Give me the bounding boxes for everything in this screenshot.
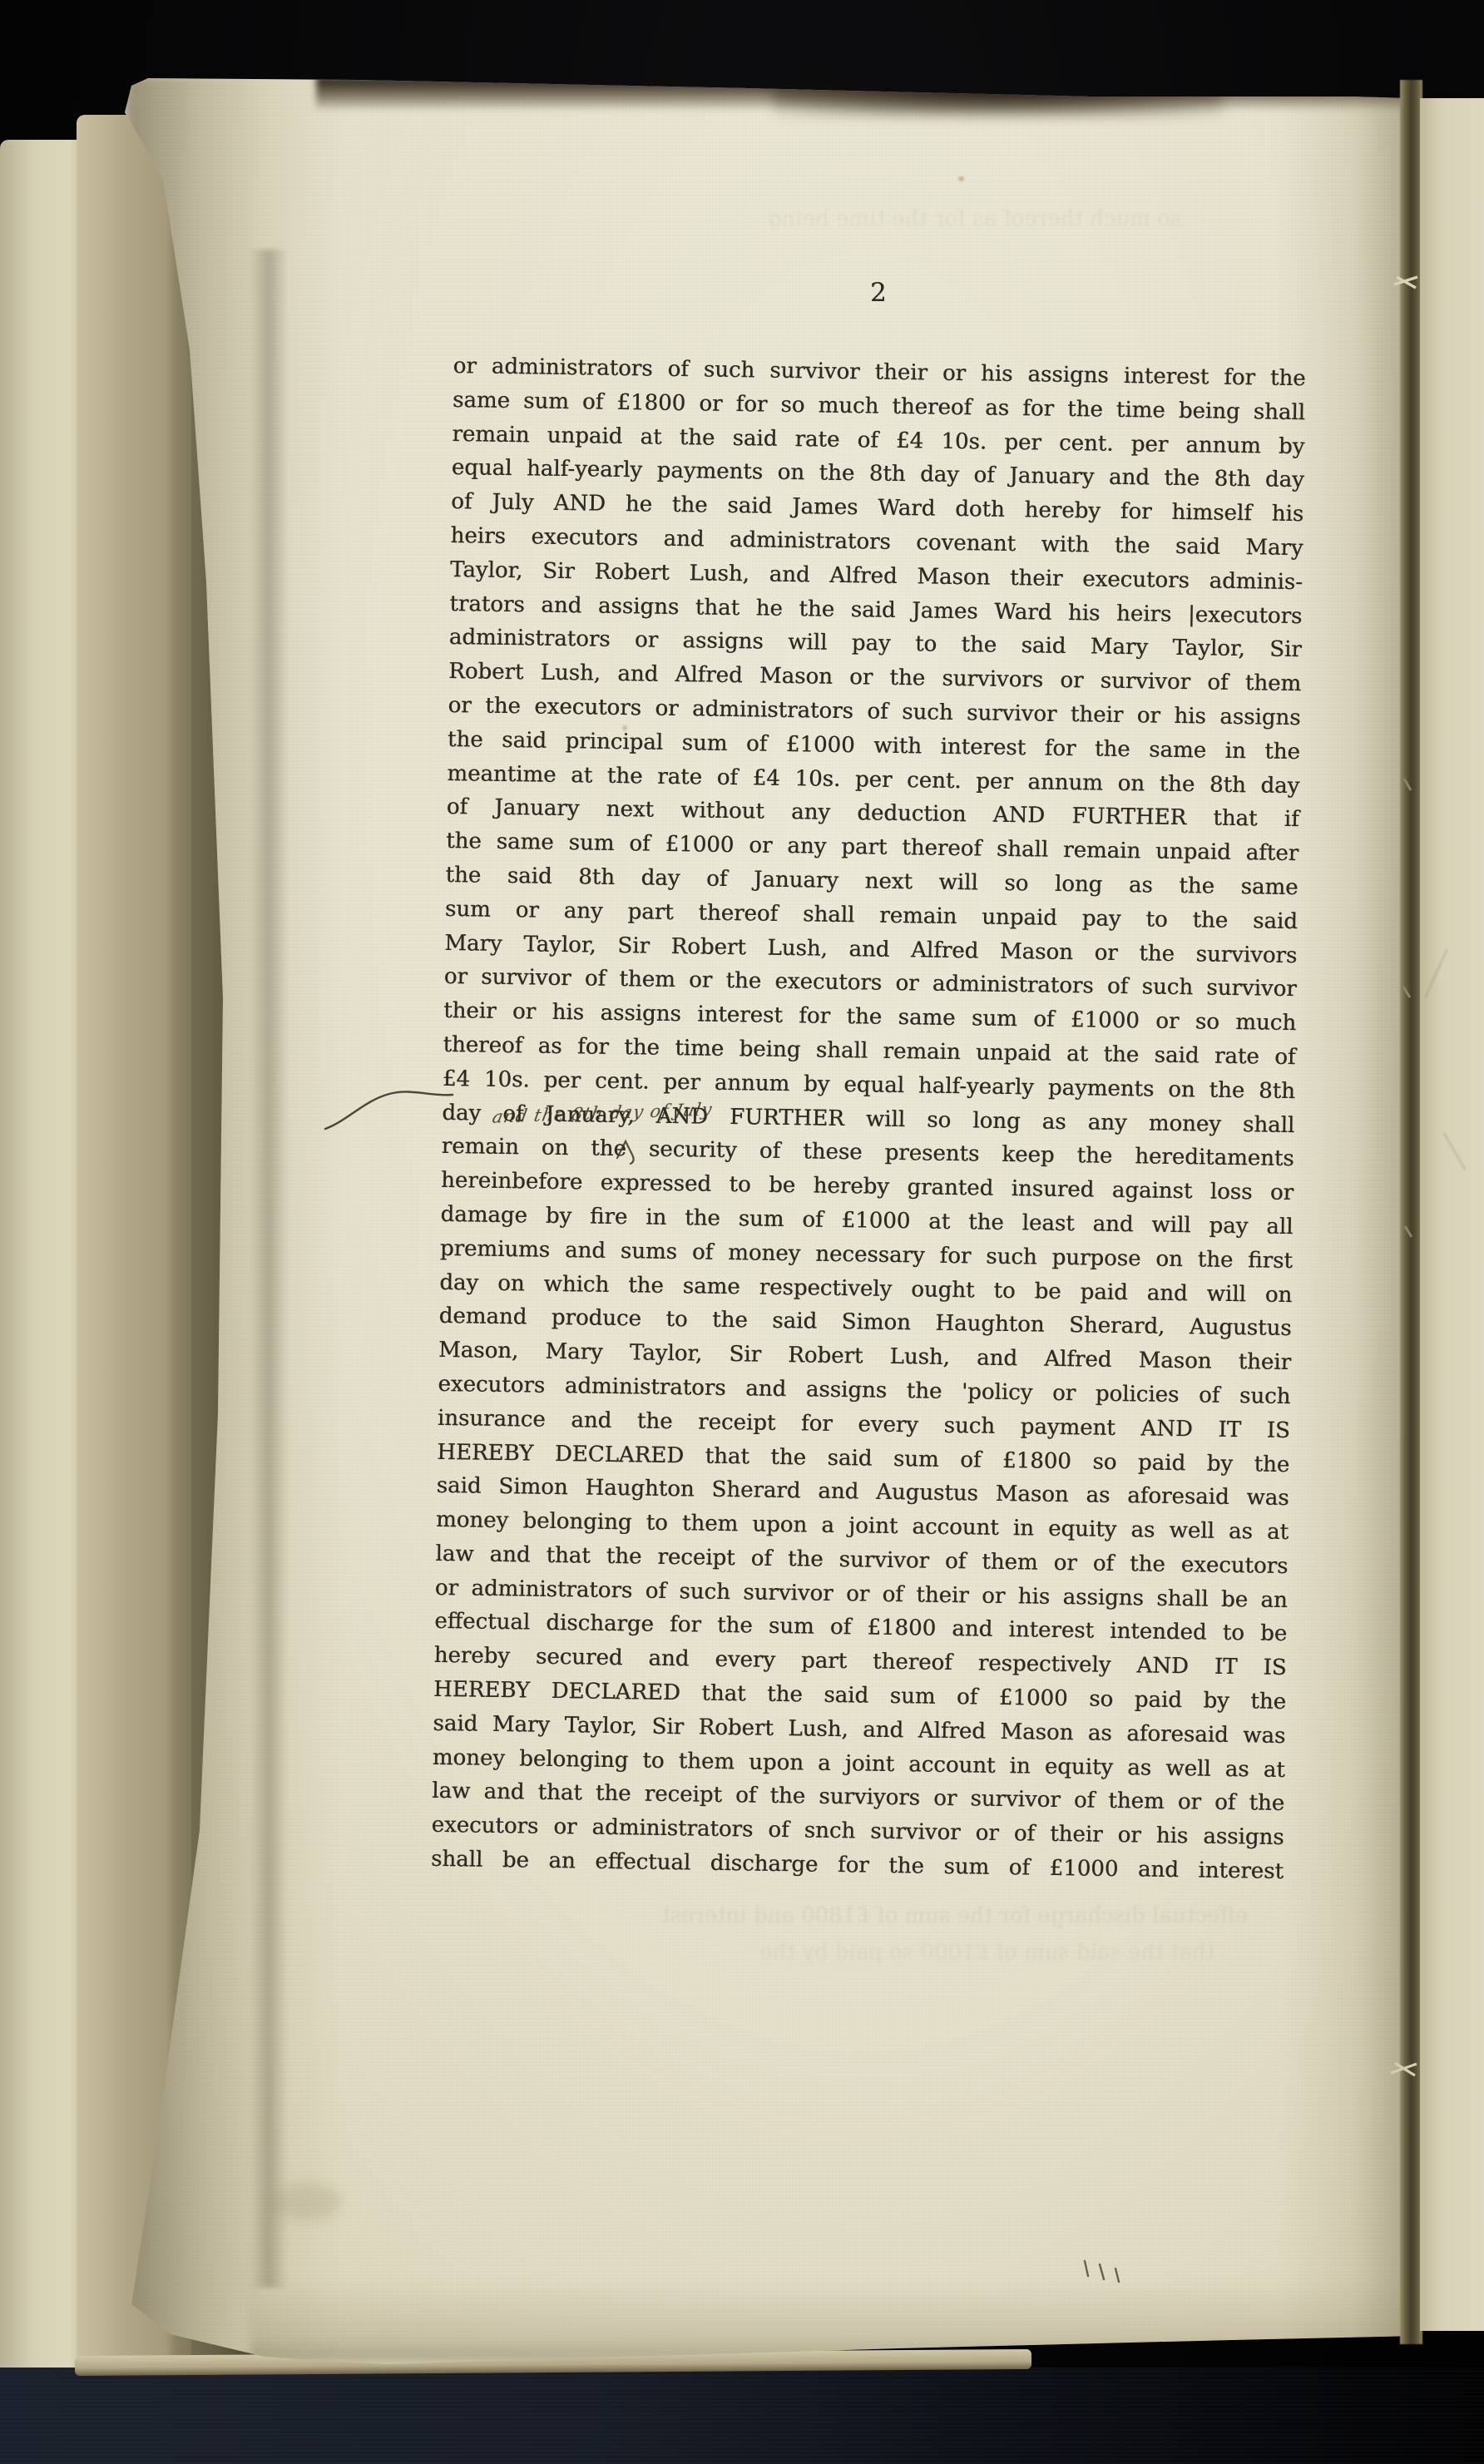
- paper-stain: [958, 176, 964, 181]
- facing-page-edge: [1420, 98, 1484, 2331]
- bottom-edge-shading: [250, 2279, 1414, 2363]
- bleedthrough-text: effectual discharge for the sum of £1800…: [574, 1903, 1248, 1928]
- scanned-book-photograph: so much thereof as for the time being ef…: [0, 0, 1484, 2464]
- paper-crease: [1442, 1132, 1467, 1171]
- top-edge-dark-blotch: [774, 83, 1223, 116]
- document-page: so much thereof as for the time being ef…: [0, 0, 1484, 2464]
- bleedthrough-text: so much thereof as for the time being: [790, 206, 1181, 231]
- page-number: 2: [870, 278, 888, 308]
- paper-crease: [1424, 948, 1448, 998]
- left-margin-streak: [250, 250, 288, 2288]
- binding-cloth-texture: [0, 2368, 1484, 2464]
- gutter-fold: [1400, 80, 1422, 2344]
- paper-stain: [275, 2184, 341, 2220]
- bleedthrough-text: that the said sum of £1000 so paid by th…: [607, 1940, 1214, 1965]
